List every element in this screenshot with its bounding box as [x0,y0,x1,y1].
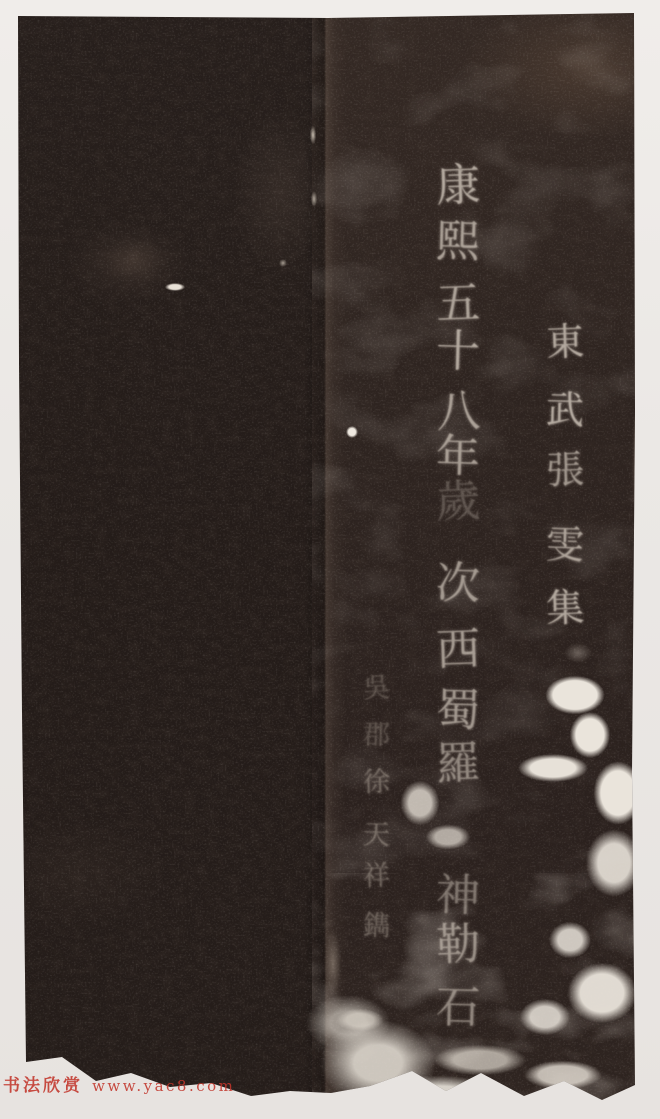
stone-rubbing-image: 康 熙 五 十 八 年 歲 次 西 蜀 羅 神 勒 石 東 武 張 雯 集 吳 … [18,13,635,1102]
damage-spots-overlay [18,13,635,1102]
watermark-site-name: 书法欣赏 [3,1076,83,1095]
watermark-site-url: www.yac8.com [92,1077,235,1095]
scanned-rubbing-page: { "colors": { "page_background": "#ebe8e… [0,0,660,1119]
watermark: 书法欣赏 www.yac8.com [3,1071,235,1096]
